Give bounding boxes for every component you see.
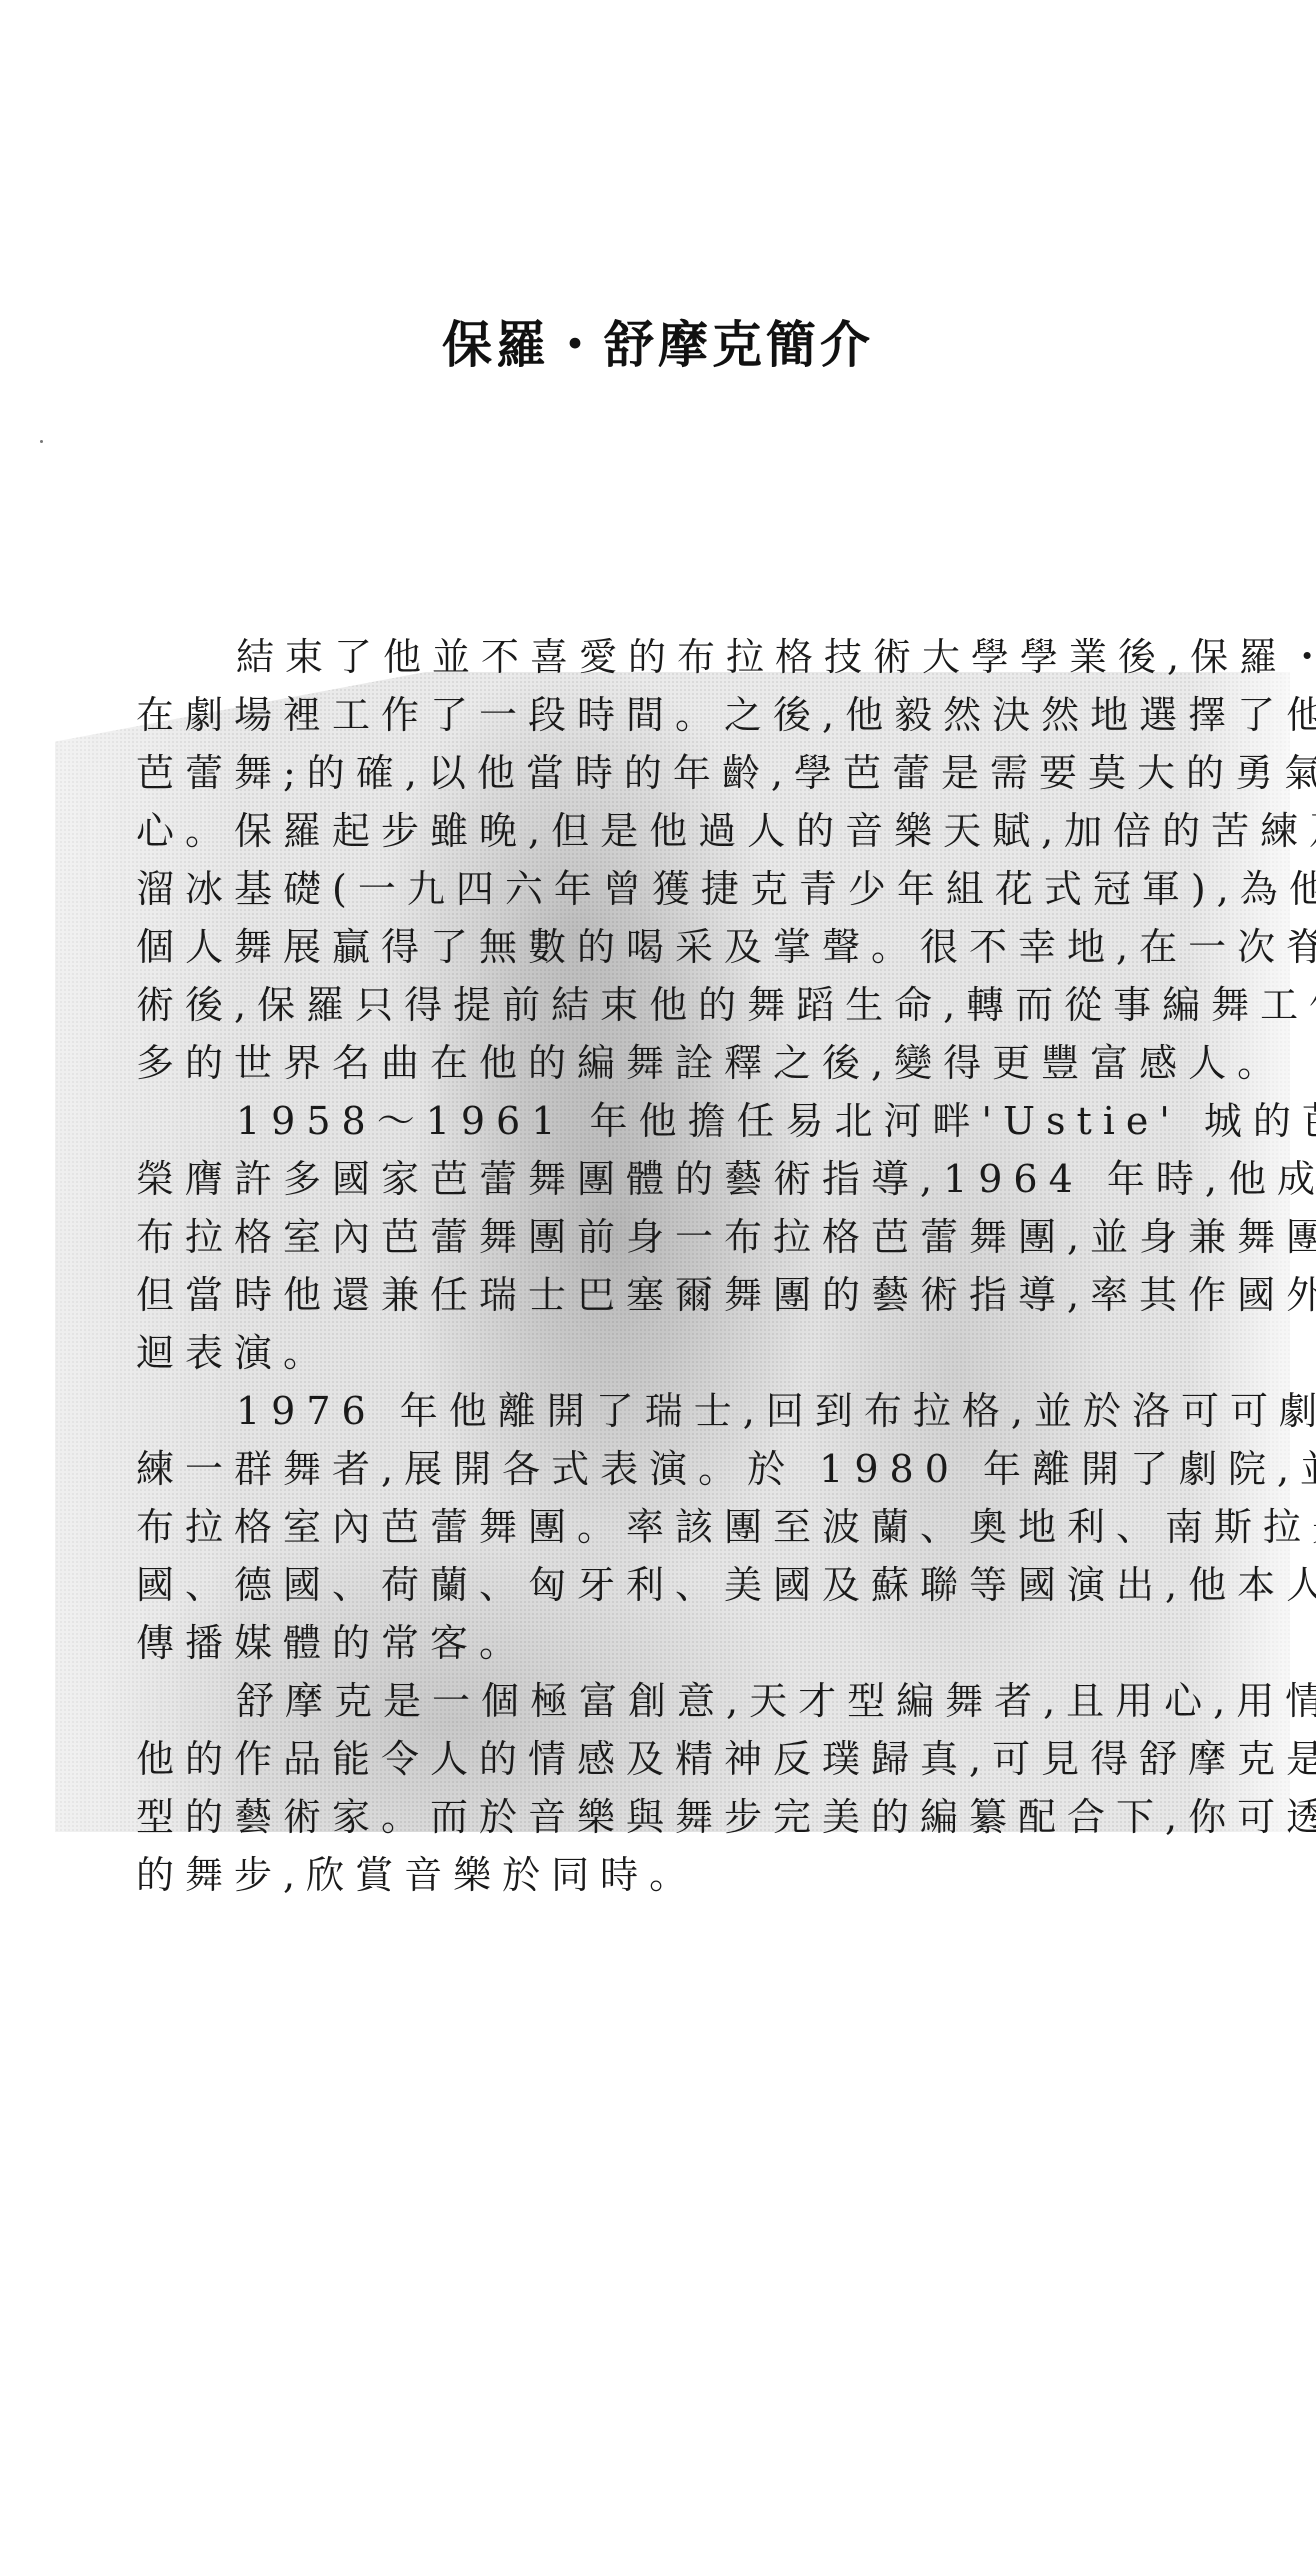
document-page: 保羅・舒摩克簡介 結束了他並不喜愛的布拉格技術大學學業後,保羅・舒麼克 在劇場裡…: [0, 0, 1316, 2560]
text-line: 榮膺許多國家芭蕾舞團體的藝術指導,1964 年時,他成立了今日: [136, 1150, 1216, 1208]
text-line: 在劇場裡工作了一段時間。之後,他毅然決然地選擇了他所愛的: [136, 686, 1216, 744]
text-line: 國、德國、荷蘭、匈牙利、美國及蘇聯等國演出,他本人更是電視等: [136, 1556, 1216, 1614]
text-line: 型的藝術家。而於音樂與舞步完美的編纂配合下,你可透過他們: [136, 1788, 1216, 1846]
text-line: 溜冰基礎(一九四六年曾獲捷克青少年組花式冠軍),為他往後的: [136, 860, 1216, 918]
text-line: 1958～1961 年他擔任易北河畔'Ustie' 城的芭蕾指導,接著他: [136, 1092, 1216, 1150]
biography-text: 結束了他並不喜愛的布拉格技術大學學業後,保羅・舒麼克 在劇場裡工作了一段時間。之…: [136, 628, 1216, 1904]
paragraph-1: 結束了他並不喜愛的布拉格技術大學學業後,保羅・舒麼克 在劇場裡工作了一段時間。之…: [136, 628, 1216, 1092]
text-line: 練一群舞者,展開各式表演。於 1980 年離開了劇院,並正式成立: [136, 1440, 1216, 1498]
paragraph-3: 1976 年他離開了瑞士,回到布拉格,並於洛可可劇場院中訓 練一群舞者,展開各式…: [136, 1382, 1216, 1672]
text-line: 個人舞展贏得了無數的喝采及掌聲。很不幸地,在一次脊椎大手: [136, 918, 1216, 976]
text-line: 但當時他還兼任瑞士巴塞爾舞團的藝術指導,率其作國外的巡: [136, 1266, 1216, 1324]
text-line: 他的作品能令人的情感及精神反璞歸真,可見得舒摩克是一個典: [136, 1730, 1216, 1788]
scan-speck: [40, 440, 43, 443]
text-line: 傳播媒體的常客。: [136, 1614, 1216, 1672]
text-line: 芭蕾舞;的確,以他當時的年齡,學芭蕾是需要莫大的勇氣與決: [136, 744, 1216, 802]
text-line: 術後,保羅只得提前結束他的舞蹈生命,轉而從事編舞工作,而許: [136, 976, 1216, 1034]
text-line: 1976 年他離開了瑞士,回到布拉格,並於洛可可劇場院中訓: [136, 1382, 1216, 1440]
page-title: 保羅・舒摩克簡介: [0, 305, 1316, 377]
text-line: 迴表演。: [136, 1324, 1216, 1382]
paragraph-4: 舒摩克是一個極富創意,天才型編舞者,且用心,用情的人, 他的作品能令人的情感及精…: [136, 1672, 1216, 1904]
text-line: 的舞步,欣賞音樂於同時。: [136, 1846, 1216, 1904]
text-line: 多的世界名曲在他的編舞詮釋之後,變得更豐富感人。: [136, 1034, 1216, 1092]
text-line: 布拉格室內芭蕾舞團。率該團至波蘭、奧地利、南斯拉夫、瑞士、法: [136, 1498, 1216, 1556]
text-line: 舒摩克是一個極富創意,天才型編舞者,且用心,用情的人,: [136, 1672, 1216, 1730]
text-line: 布拉格室內芭蕾舞團前身一布拉格芭蕾舞團,並身兼舞團編舞,: [136, 1208, 1216, 1266]
text-line: 心。保羅起步雖晚,但是他過人的音樂天賦,加倍的苦練及優秀的: [136, 802, 1216, 860]
paragraph-2: 1958～1961 年他擔任易北河畔'Ustie' 城的芭蕾指導,接著他 榮膺許…: [136, 1092, 1216, 1382]
text-line: 結束了他並不喜愛的布拉格技術大學學業後,保羅・舒麼克: [136, 628, 1216, 686]
